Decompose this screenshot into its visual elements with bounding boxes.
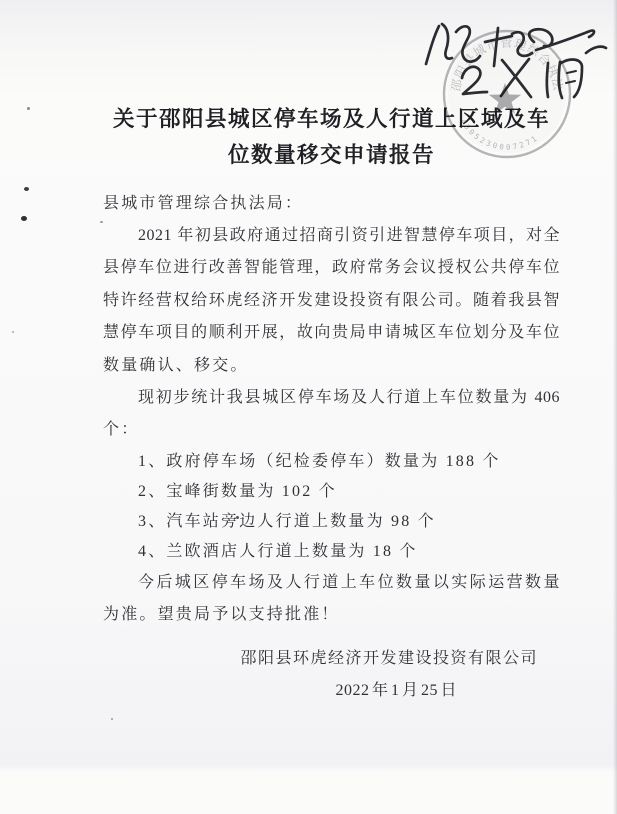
body-line: 2021 年初县政府通过招商引资引进智慧停车项目，对全 [103,220,560,252]
body-line: 县停车位进行改善智能管理，政府常务会议授权公共停车位 [103,252,560,284]
signature-company: 邵阳县环虎经济开发建设投资有限公司 [103,643,560,675]
list-item: 2、宝峰街数量为 102 个 [103,477,560,507]
scanned-document-page: 关于邵阳县城区停车场及人行道上区域及车 位数量移交申请报告 县城市管理综合执法局… [0,0,617,814]
body-line: 为准。望贵局予以支持批准！ [103,599,560,631]
scan-speck [100,221,103,223]
scan-speck [12,331,14,333]
scan-speck [236,516,239,519]
body-line: 今后城区停车场及人行道上车位数量以实际运营数量 [103,567,560,599]
body-line: 慧停车项目的顺利开展，故向贵局申请城区车位划分及车位 [103,317,560,349]
signature-date: 2022 年 1 月 25 日 [103,675,560,707]
body-line: 特许经营权给环虎经济开发建设投资有限公司。随着我县智 [103,285,560,317]
document-body: 县城市管理综合执法局： 2021 年初县政府通过招商引资引进智慧停车项目，对全 … [103,187,560,707]
list-item: 4、兰欧酒店人行道上数量为 18 个 [103,537,560,567]
document-title: 关于邵阳县城区停车场及人行道上区域及车 位数量移交申请报告 [103,101,560,173]
salutation-line: 县城市管理综合执法局： [103,187,560,220]
scan-speck [24,187,29,191]
list-item: 1、政府停车场（纪检委停车）数量为 188 个 [103,447,560,477]
scan-speck [21,216,27,221]
handwritten-annotation [426,24,606,98]
scan-speck [111,718,113,720]
document-title-line-1: 关于邵阳县城区停车场及人行道上区域及车 [103,101,560,137]
scan-speck [27,107,30,110]
body-line: 个： [103,414,560,446]
list-item: 3、汽车站旁边人行道上数量为 98 个 [103,507,560,537]
body-line: 数量确认、移交。 [103,350,560,382]
seal-arc-text: 邵阳县城市管理综合执法局 [390,0,566,92]
page-edge-shadow [613,0,617,814]
document-title-line-2: 位数量移交申请报告 [103,137,560,173]
body-line: 现初步统计我县城区停车场及人行道上车位数量为 406 [103,382,560,414]
